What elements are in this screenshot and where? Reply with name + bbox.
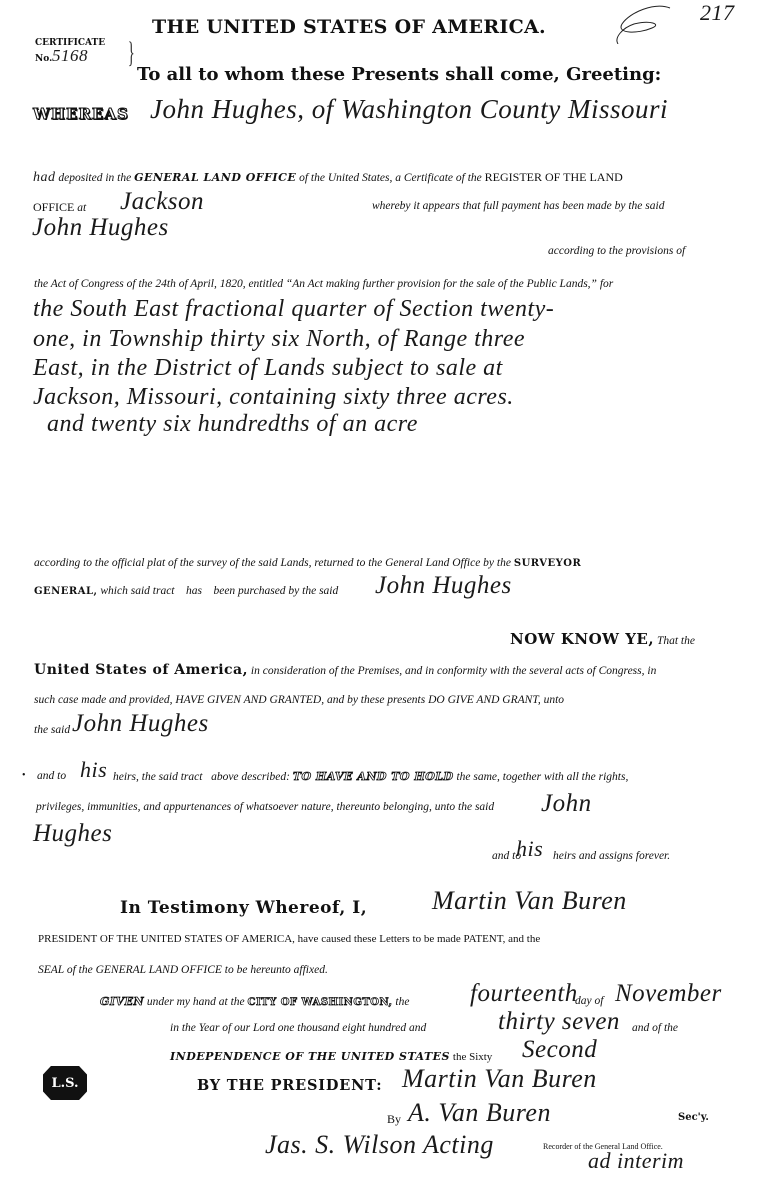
certificate-number-label: No. bbox=[35, 54, 52, 64]
page-number-annotation: 217 bbox=[700, 0, 735, 26]
certificate-text: of the United States, a Certificate of t… bbox=[299, 172, 482, 184]
brace-icon: } bbox=[128, 36, 135, 70]
land-description-line: and twenty six hundredths of an acre bbox=[47, 411, 418, 438]
and-of-the-text: and of the bbox=[632, 1022, 678, 1034]
greeting: To all to whom these Presents shall come… bbox=[137, 64, 661, 85]
purchaser-name-handwritten: John Hughes bbox=[32, 214, 169, 242]
surveyor-caps: SURVEYOR bbox=[514, 558, 581, 569]
secretary-signature: A. Van Buren bbox=[408, 1098, 551, 1128]
seal-ls-badge: L.S. bbox=[43, 1066, 87, 1100]
survey-text: according to the official plat of the su… bbox=[34, 557, 511, 569]
independence-caps: INDEPENDENCE OF THE UNITED STATES bbox=[170, 1050, 450, 1063]
now-know-ye-line: NOW KNOW YE, That the bbox=[510, 630, 695, 648]
at-text: at bbox=[77, 202, 86, 214]
heirs-text: heirs, the said tract above described: bbox=[113, 771, 290, 783]
heirs-forever-text: heirs and assigns forever. bbox=[553, 850, 670, 862]
president-patent-text: PRESIDENT OF THE UNITED STATES OF AMERIC… bbox=[38, 933, 540, 945]
land-description-line: East, in the District of Lands subject t… bbox=[33, 355, 503, 382]
act-of-congress-text: the Act of Congress of the 24th of April… bbox=[34, 278, 613, 290]
land-description-line: one, in Township thirty six North, of Ra… bbox=[33, 326, 525, 353]
pronoun-handwritten: his bbox=[516, 836, 543, 862]
deposit-text: deposited in the bbox=[58, 172, 131, 184]
general-land-office-caps: GENERAL LAND OFFICE bbox=[134, 171, 296, 184]
purchased-line: GENERAL, which said tract has been purch… bbox=[34, 585, 338, 597]
the-text: the bbox=[395, 996, 409, 1008]
document-title: THE UNITED STATES OF AMERICA. bbox=[152, 16, 546, 38]
payment-text: whereby it appears that full payment has… bbox=[372, 200, 664, 212]
year-handwritten: thirty seven bbox=[498, 1008, 620, 1036]
given-line: GIVEN under my hand at the CITY OF WASHI… bbox=[100, 995, 409, 1008]
independence-line: INDEPENDENCE OF THE UNITED STATES the Si… bbox=[170, 1050, 492, 1063]
secretary-title: Sec'y. bbox=[678, 1112, 709, 1123]
testimony-heading: In Testimony Whereof, I, bbox=[120, 898, 367, 918]
ad-interim-handwritten: ad interim bbox=[588, 1148, 684, 1174]
had-handwritten: had bbox=[33, 170, 56, 185]
by-label: By bbox=[387, 1112, 401, 1127]
pronoun-handwritten: his bbox=[80, 757, 107, 783]
land-description-line: Jackson, Missouri, containing sixty thre… bbox=[33, 384, 514, 411]
seal-affixed-text: SEAL of the GENERAL LAND OFFICE to be he… bbox=[38, 964, 328, 976]
united-states-line: United States of America, in considerati… bbox=[34, 662, 656, 678]
by-the-president-label: BY THE PRESIDENT: bbox=[197, 1077, 382, 1094]
year-of-our-lord-text: in the Year of our Lord one thousand eig… bbox=[170, 1022, 426, 1034]
now-know-ye-caps: NOW KNOW YE, bbox=[510, 630, 654, 648]
whereas-heading: WHEREAS bbox=[33, 105, 129, 123]
consideration-text: in consideration of the Premises, and in… bbox=[251, 665, 656, 677]
president-signature: Martin Van Buren bbox=[402, 1064, 597, 1094]
provisions-text: according to the provisions of bbox=[548, 245, 685, 257]
the-said-text: the said bbox=[34, 724, 70, 736]
month-handwritten: November bbox=[615, 980, 722, 1008]
land-office-handwritten: Jackson bbox=[120, 188, 204, 216]
city-of-washington-caps: CITY OF WASHINGTON, bbox=[248, 997, 393, 1008]
survey-line: according to the official plat of the su… bbox=[34, 557, 581, 569]
land-description-line: the South East fractional quarter of Sec… bbox=[33, 296, 554, 323]
purchased-text: which said tract has been purchased by t… bbox=[100, 585, 338, 597]
grantee-handwritten: John Hughes, of Washington County Missou… bbox=[150, 94, 668, 125]
under-my-hand-text: under my hand at the bbox=[147, 996, 245, 1008]
certificate-number: 5168 bbox=[52, 46, 88, 66]
granted-text: such case made and provided, HAVE GIVEN … bbox=[34, 694, 564, 706]
habendum-line: heirs, the said tract above described: T… bbox=[113, 770, 628, 783]
and-to-text: and to bbox=[37, 770, 66, 782]
office-caps: OFFICE bbox=[33, 200, 74, 214]
to-have-and-to-hold-caps: TO HAVE AND TO HOLD bbox=[293, 770, 454, 783]
bullet-dot-icon: • bbox=[22, 770, 26, 781]
ordinal-handwritten: Second bbox=[522, 1036, 597, 1064]
united-states-caps: United States of America, bbox=[34, 662, 248, 678]
the-sixty-text: the Sixty bbox=[453, 1051, 492, 1063]
grantee-name-handwritten: John Hughes bbox=[72, 710, 209, 738]
given-caps: GIVEN bbox=[100, 995, 144, 1008]
purchaser-name-handwritten: John Hughes bbox=[375, 572, 512, 600]
general-caps: GENERAL, bbox=[34, 586, 98, 597]
privileges-text: privileges, immunities, and appurtenance… bbox=[36, 801, 494, 813]
register-caps: REGISTER OF THE LAND bbox=[485, 170, 623, 184]
flourish-mark-icon bbox=[610, 4, 680, 44]
that-the-text: That the bbox=[657, 635, 695, 647]
grantee-first-name-handwritten: John bbox=[541, 790, 592, 818]
office-at-line: OFFICE at bbox=[33, 200, 86, 215]
president-name-handwritten: Martin Van Buren bbox=[432, 886, 627, 916]
grantee-last-name-handwritten: Hughes bbox=[33, 820, 112, 848]
deposit-line: had deposited in the GENERAL LAND OFFICE… bbox=[33, 170, 623, 186]
day-of-text: day of bbox=[575, 995, 603, 1007]
recorder-signature: Jas. S. Wilson Acting bbox=[265, 1130, 494, 1160]
rights-text: the same, together with all the rights, bbox=[456, 771, 628, 783]
day-handwritten: fourteenth bbox=[470, 980, 578, 1008]
